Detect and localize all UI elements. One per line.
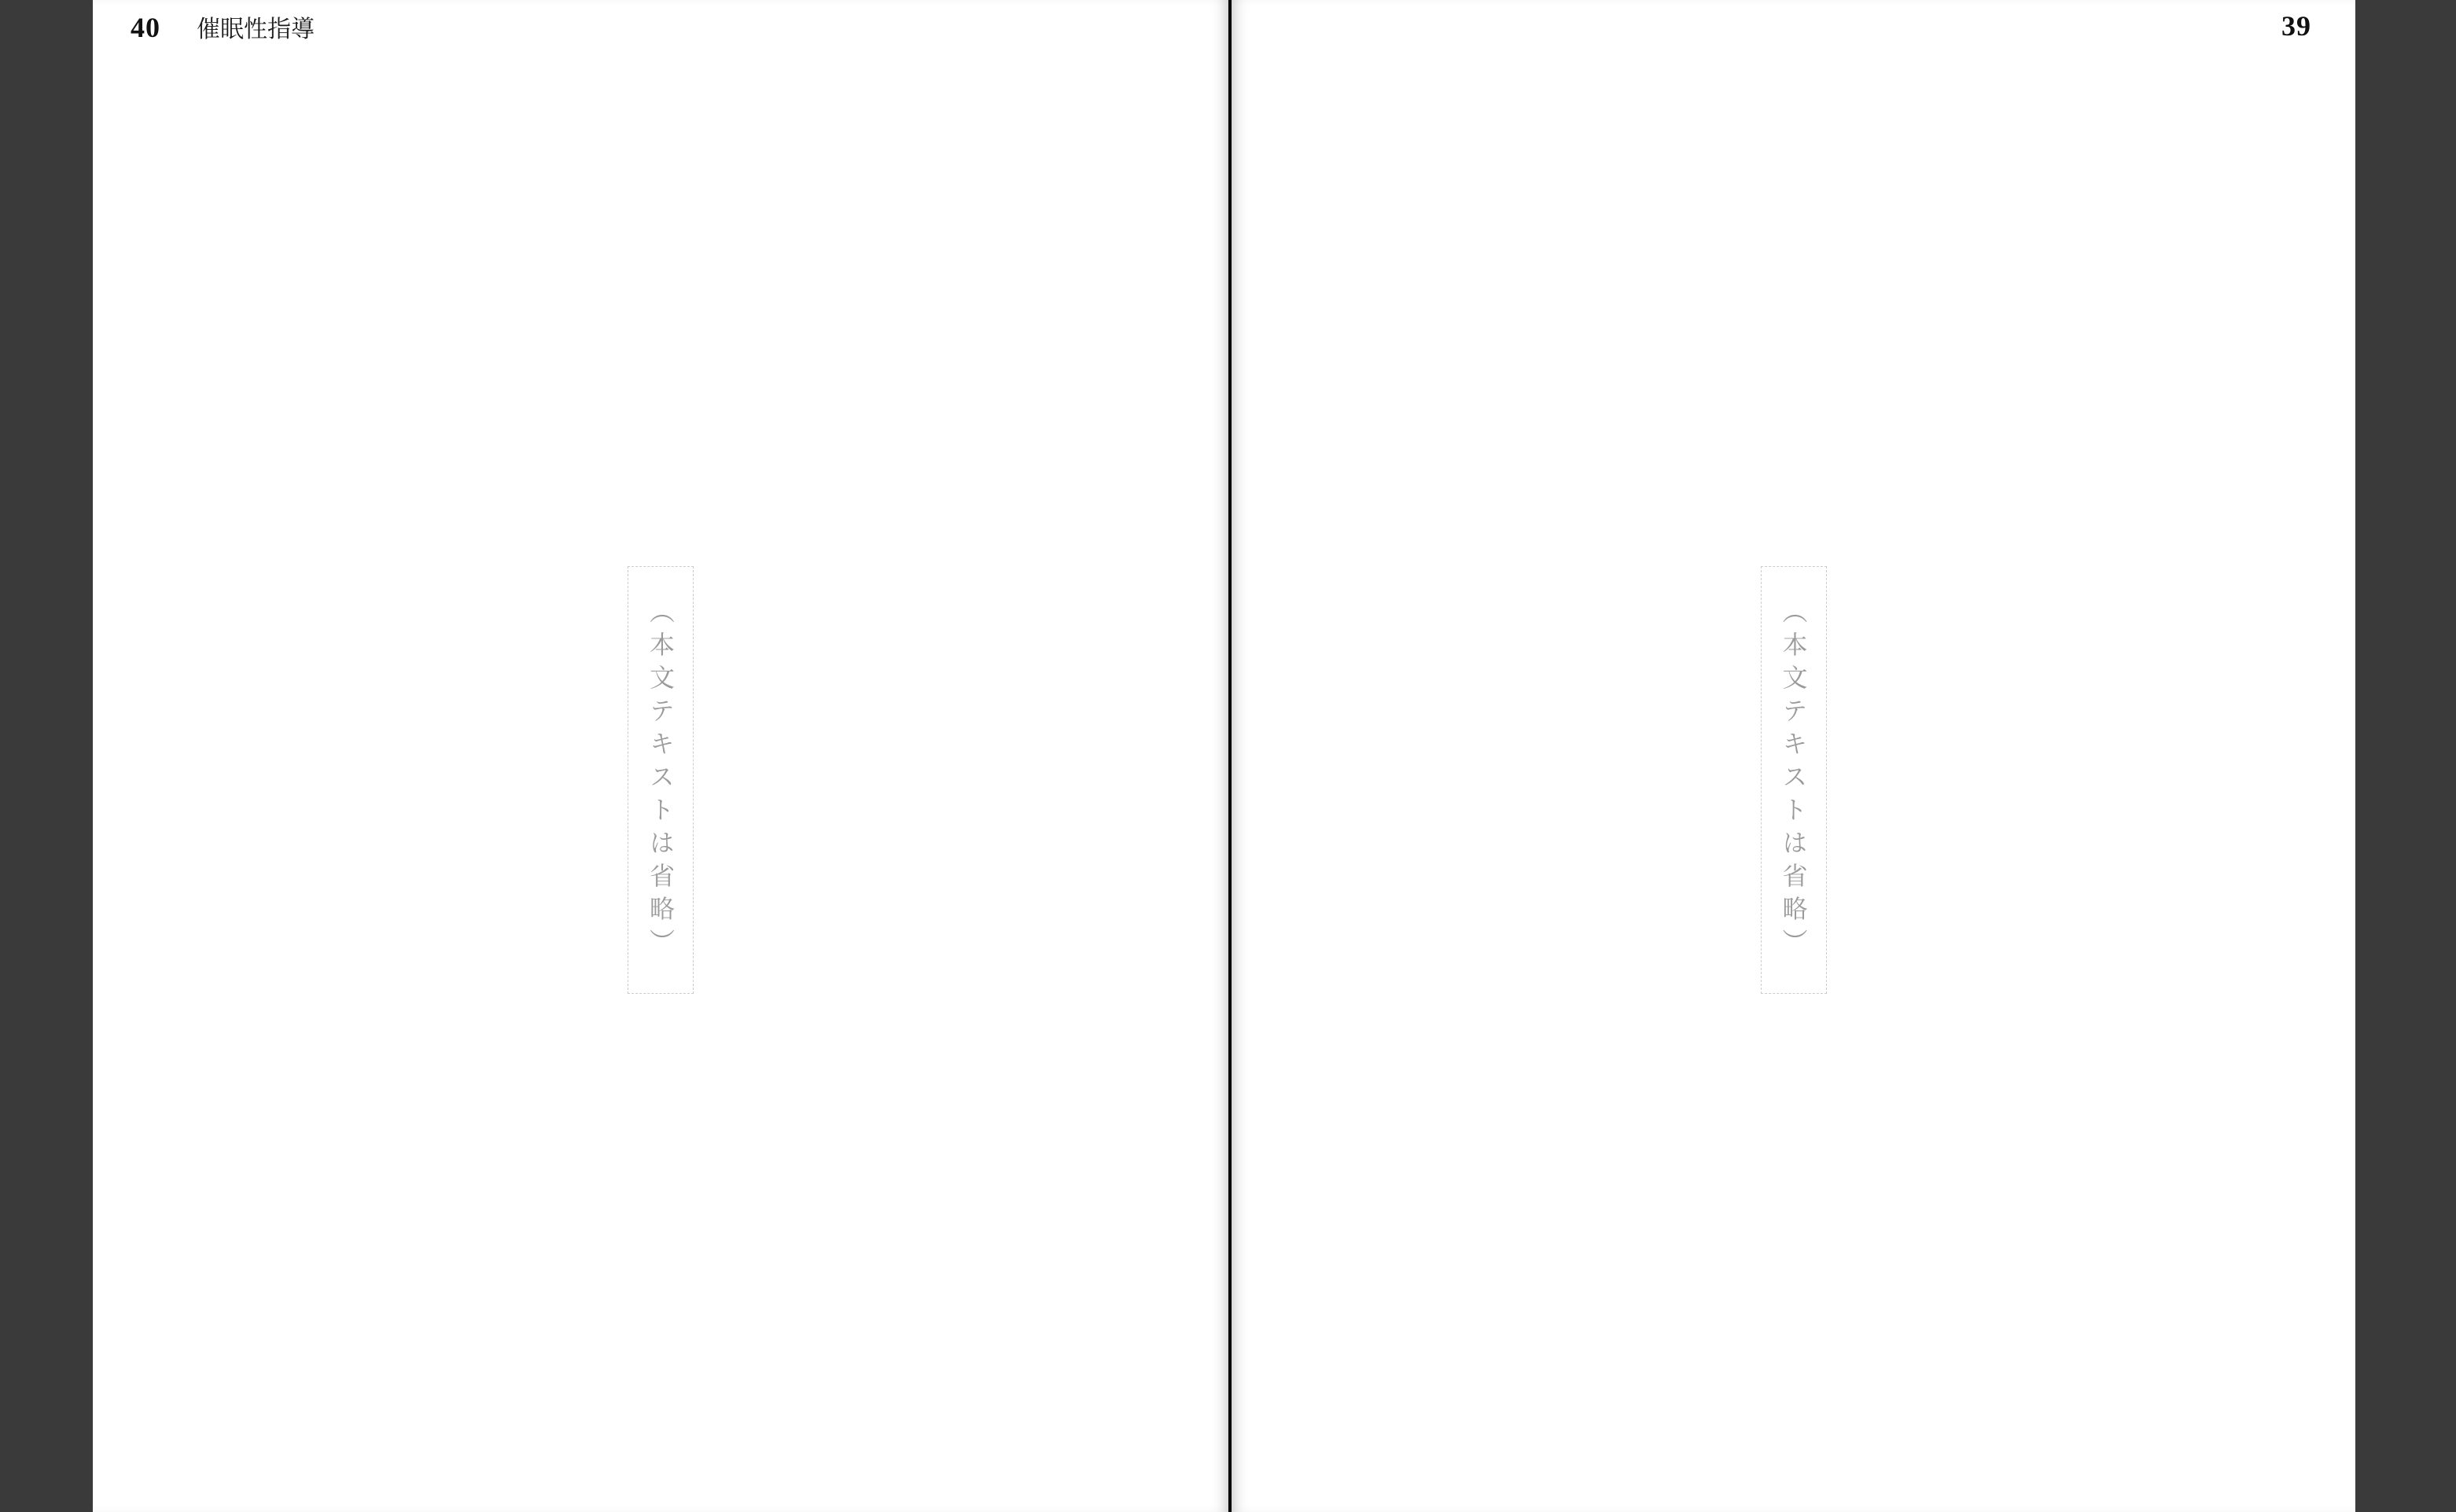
redaction-notice-right: （本文テキストは省略） [1761, 566, 1827, 994]
page-number-left: 40 [131, 11, 160, 44]
page-number-right: 39 [2281, 9, 2311, 42]
page-right-39: 39 （本文テキストは省略） [1232, 0, 2355, 1512]
ebook-viewer: 40 催眠性指導 （本文テキストは省略） 39 （本文テキストは省略） [0, 0, 2456, 1512]
page-header-right: 39 [2281, 9, 2311, 42]
page-body-left: （本文テキストは省略） [140, 94, 1181, 1465]
page-left-40: 40 催眠性指導 （本文テキストは省略） [93, 0, 1228, 1512]
page-header-left: 40 催眠性指導 [131, 9, 315, 44]
page-spread: 40 催眠性指導 （本文テキストは省略） 39 （本文テキストは省略） [93, 0, 2355, 1512]
redaction-notice-left: （本文テキストは省略） [628, 566, 694, 994]
running-title: 催眠性指導 [197, 9, 315, 44]
page-body-right: （本文テキストは省略） [1279, 94, 2308, 1465]
